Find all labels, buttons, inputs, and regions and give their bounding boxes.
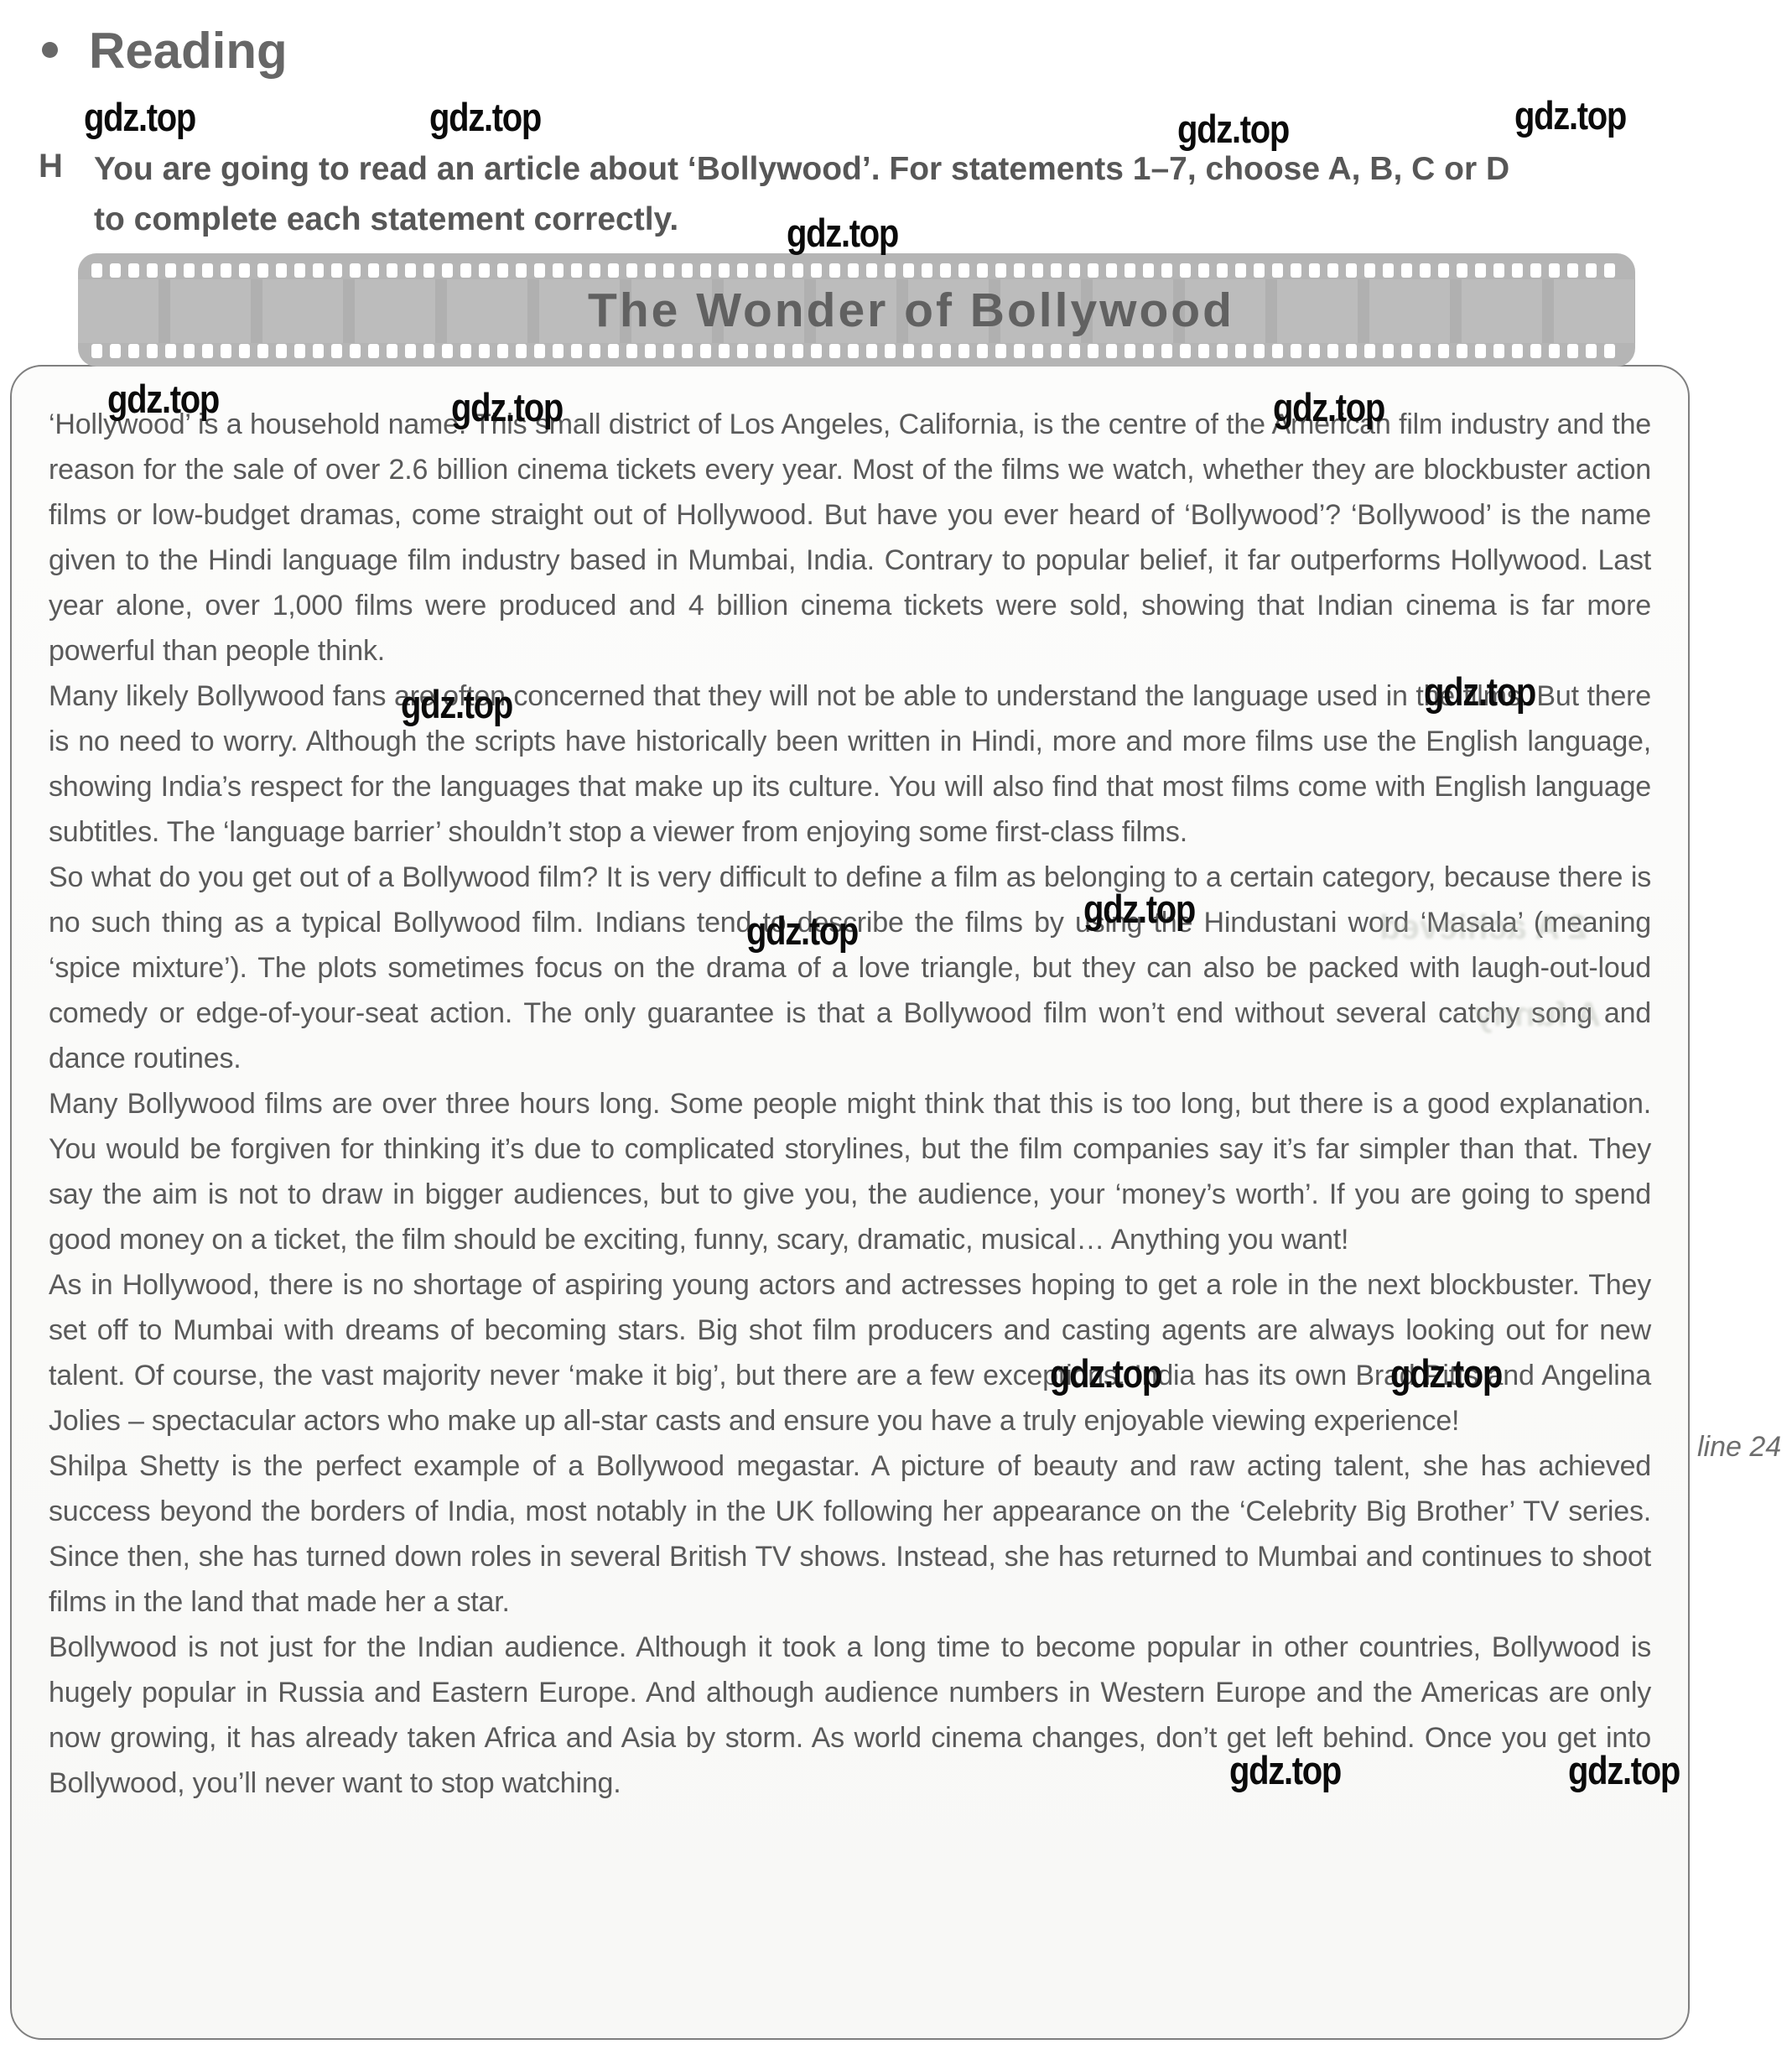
sprocket-hole <box>1014 344 1025 358</box>
sprocket-hole <box>774 344 785 358</box>
sprocket-hole <box>977 344 988 358</box>
sprocket-hole <box>128 344 139 358</box>
article-body: ‘Hollywood’ is a household name. This sm… <box>49 402 1651 1806</box>
filmstrip-banner: The Wonder of Bollywood <box>78 253 1635 367</box>
sprocket-hole <box>608 344 619 358</box>
sprocket-hole <box>313 344 324 358</box>
sprocket-hole <box>516 344 527 358</box>
sprocket-hole <box>534 344 545 358</box>
sprocket-hole <box>848 344 859 358</box>
watermark-text: gdz.top <box>1083 886 1195 932</box>
sprocket-hole <box>1069 344 1080 358</box>
sprocket-hole <box>1401 344 1412 358</box>
sprocket-hole <box>1549 344 1560 358</box>
sprocket-hole <box>1530 344 1541 358</box>
exercise-label: H <box>39 148 63 185</box>
sprocket-hole <box>1180 344 1191 358</box>
sprocket-hole <box>903 344 914 358</box>
sprocket-hole <box>1383 344 1394 358</box>
sprocket-hole <box>756 344 766 358</box>
sprocket-hole <box>792 344 803 358</box>
sprocket-hole <box>1364 344 1375 358</box>
sprocket-hole <box>405 344 416 358</box>
watermark-text: gdz.top <box>1177 106 1289 152</box>
sprocket-hole <box>922 344 932 358</box>
line-annotation: line 24 <box>1697 1431 1781 1464</box>
sprocket-hole <box>866 344 877 358</box>
sprocket-hole <box>442 344 453 358</box>
watermark-text: gdz.top <box>1050 1350 1161 1397</box>
sprocket-hole <box>571 344 582 358</box>
sprocket-hole <box>257 344 268 358</box>
watermark-text: gdz.top <box>746 908 858 954</box>
article-box: ‘Hollywood’ is a household name. This sm… <box>10 365 1690 2040</box>
sprocket-hole <box>1327 344 1338 358</box>
article-paragraph: ‘Hollywood’ is a household name. This sm… <box>49 402 1651 674</box>
article-paragraph: Bollywood is not just for the Indian aud… <box>49 1625 1651 1806</box>
article-paragraph: Many likely Bollywood fans are often con… <box>49 674 1651 855</box>
filmstrip-title: The Wonder of Bollywood <box>78 275 1635 346</box>
sprocket-hole <box>331 344 342 358</box>
sprocket-hole <box>1088 344 1099 358</box>
sprocket-hole <box>1346 344 1357 358</box>
sprocket-hole <box>1272 344 1283 358</box>
watermark-text: gdz.top <box>1390 1350 1502 1397</box>
sprocket-hole <box>645 344 656 358</box>
watermark-text: gdz.top <box>84 94 195 140</box>
watermark-text: gdz.top <box>787 210 898 256</box>
sprocket-hole <box>350 344 361 358</box>
sprocket-hole <box>719 344 730 358</box>
sprocket-hole <box>276 344 287 358</box>
sprocket-hole <box>165 344 176 358</box>
sprocket-hole <box>110 344 121 358</box>
sprocket-hole <box>626 344 637 358</box>
sprocket-hole <box>1604 344 1615 358</box>
sprocket-hole <box>479 344 490 358</box>
sprocket-hole <box>1309 344 1320 358</box>
sprocket-hole <box>221 344 231 358</box>
sprocket-hole <box>1438 344 1449 358</box>
watermark-text: gdz.top <box>429 94 541 140</box>
sprocket-hole <box>811 344 822 358</box>
section-title: Reading <box>89 22 288 80</box>
sprocket-hole <box>663 344 674 358</box>
sprocket-hole <box>958 344 969 358</box>
article-paragraph: Many Bollywood films are over three hour… <box>49 1081 1651 1262</box>
sprocket-hole <box>202 344 213 358</box>
sprocket-hole <box>682 344 693 358</box>
watermark-text: gdz.top <box>107 376 219 422</box>
sprocket-hole <box>553 344 564 358</box>
sprocket-hole <box>1051 344 1062 358</box>
sprocket-hole <box>1161 344 1172 358</box>
sprocket-hole <box>147 344 158 358</box>
sprocket-hole <box>1217 344 1228 358</box>
watermark-text: gdz.top <box>1514 92 1626 138</box>
sprocket-hole <box>1198 344 1209 358</box>
sprocket-hole <box>1235 344 1246 358</box>
page: Reading H You are going to read an artic… <box>0 0 1792 2065</box>
sprocket-hole <box>737 344 748 358</box>
watermark-text: gdz.top <box>1273 384 1384 430</box>
sprocket-hole <box>387 344 397 358</box>
sprocket-hole <box>885 344 896 358</box>
sprocket-hole <box>1493 344 1504 358</box>
sprocket-hole <box>1420 344 1431 358</box>
ghost-print-through-text: 2 A achieved <box>1379 908 1587 947</box>
sprocket-hole <box>1143 344 1154 358</box>
sprocket-hole <box>829 344 840 358</box>
watermark-text: gdz.top <box>1424 668 1535 715</box>
sprocket-hole <box>184 344 195 358</box>
sprocket-hole <box>460 344 471 358</box>
sprocket-hole <box>700 344 711 358</box>
sprocket-hole <box>294 344 305 358</box>
watermark-text: gdz.top <box>1229 1747 1341 1793</box>
filmstrip-sprockets-bottom <box>91 344 1622 358</box>
sprocket-hole <box>995 344 1006 358</box>
sprocket-hole <box>91 344 102 358</box>
bullet-icon <box>42 42 58 58</box>
sprocket-hole <box>1512 344 1523 358</box>
article-paragraph: So what do you get out of a Bollywood fi… <box>49 855 1651 1081</box>
sprocket-hole <box>1106 344 1117 358</box>
sprocket-hole <box>239 344 250 358</box>
sprocket-hole <box>1586 344 1597 358</box>
watermark-text: gdz.top <box>401 681 512 727</box>
sprocket-hole <box>1457 344 1467 358</box>
sprocket-hole <box>1291 344 1301 358</box>
sprocket-hole <box>1125 344 1135 358</box>
sprocket-hole <box>1567 344 1578 358</box>
sprocket-hole <box>940 344 951 358</box>
sprocket-hole <box>1032 344 1043 358</box>
sprocket-hole <box>368 344 379 358</box>
instruction-line-1: You are going to read an article about ‘… <box>94 144 1699 195</box>
sprocket-hole <box>1254 344 1265 358</box>
ghost-print-through-text: A funny <box>1474 995 1601 1034</box>
watermark-text: gdz.top <box>1568 1747 1680 1793</box>
watermark-text: gdz.top <box>451 384 563 430</box>
sprocket-hole <box>590 344 600 358</box>
article-paragraph: Shilpa Shetty is the perfect example of … <box>49 1443 1651 1625</box>
sprocket-hole <box>1475 344 1486 358</box>
sprocket-hole <box>497 344 508 358</box>
sprocket-hole <box>423 344 434 358</box>
